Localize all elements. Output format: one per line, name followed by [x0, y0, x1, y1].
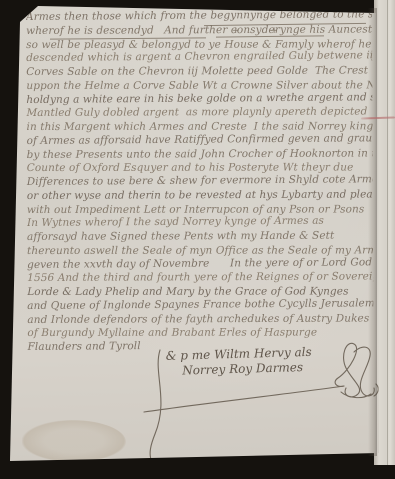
manuscript-line: and Quene of Inglonde Spaynes France bot… [27, 297, 373, 313]
page-fold-shadow [368, 8, 377, 456]
manuscript-line: 1556 And the third and fourth yere of th… [27, 271, 373, 286]
paper-stain [22, 420, 126, 462]
manuscript-line: geven the xxvth day of Novembre In the y… [27, 256, 373, 272]
manuscript-line: or other wyse and therin to be revested … [27, 188, 373, 203]
manuscript-line: Differences to use bere & shew for everm… [27, 173, 373, 189]
manuscript-line: In Wytnes wherof I the sayd Norrey kynge… [27, 215, 373, 231]
manuscript-line: afforsayd have Signed these Pents wth my… [27, 229, 373, 244]
manuscript-text: Armes then those which from the begynnyn… [26, 9, 373, 354]
manuscript-line: Mantled Guly dobled argent as more playn… [26, 106, 372, 121]
manuscript-page: Armes then those which from the begynnyn… [8, 4, 380, 464]
manuscript-line: by these Presents unto the said John Cro… [27, 147, 373, 162]
manuscript-line: and Irlonde defendors of the fayth arche… [27, 312, 373, 327]
signature-flourish-and-monogram [138, 342, 388, 467]
manuscript-line: Corves Sable on the Chevron iij Molette … [26, 64, 372, 79]
manuscript-line: Armes then those which from the begynnyn… [26, 8, 372, 24]
manuscript-line: holdyng a white eare in his beke golde o… [26, 91, 372, 107]
manuscript-line: descended which is argent a Chevron engr… [26, 50, 372, 66]
scan-background: Armes then those which from the begynnyn… [0, 0, 395, 479]
manuscript-line: of Armes as afforsaid have Ratiffyed Con… [27, 132, 373, 148]
caret-insertion-marks: + + [232, 26, 292, 36]
